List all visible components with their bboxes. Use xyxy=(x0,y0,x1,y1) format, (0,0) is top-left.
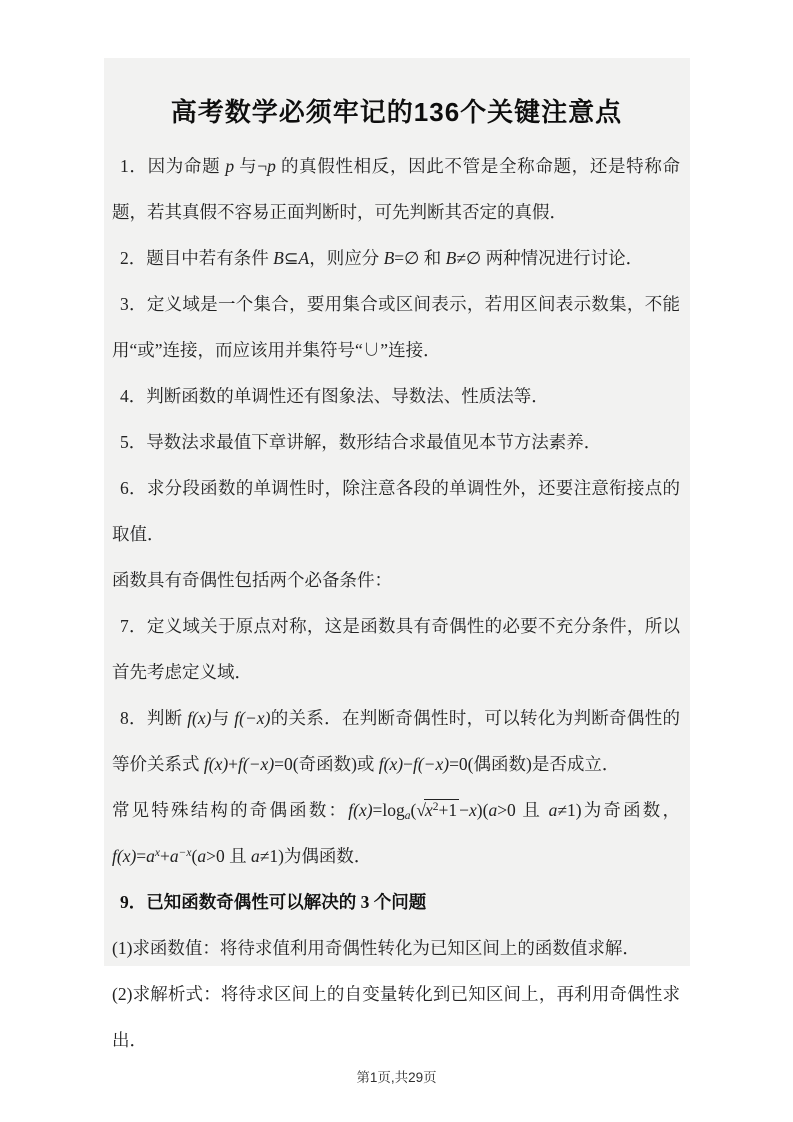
text-segment: =log xyxy=(373,800,405,820)
text-segment: a xyxy=(197,846,206,866)
text-segment: =0(偶函数)是否成立． xyxy=(449,754,619,774)
text-segment: 与 xyxy=(211,708,234,728)
body-paragraph: (2)求解析式：将待求区间上的自变量转化到已知区间上，再利用奇偶性求出． xyxy=(112,971,680,1063)
text-segment: a xyxy=(146,846,155,866)
body-paragraph: (1)求函数值：将待求值利用奇偶性转化为已知区间上的函数值求解． xyxy=(112,925,680,971)
body-paragraph: 2．题目中若有条件 B⊆A，则应分 B=∅ 和 B≠∅ 两种情况进行讨论． xyxy=(112,235,680,281)
text-segment: B xyxy=(446,248,457,268)
text-segment: (2)求解析式：将待求区间上的自变量转化到已知区间上，再利用奇偶性求出． xyxy=(112,984,680,1050)
text-segment: =0(奇函数)或 xyxy=(274,754,379,774)
text-segment: >0 且 xyxy=(206,846,251,866)
body-paragraph: 常见特殊结构的奇偶函数：f(x)=loga(√x2+1−x)(a>0 且 a≠1… xyxy=(112,787,680,879)
page-number-footer: 第1页,共29页 xyxy=(0,1066,793,1086)
body-paragraph: 5．导数法求最值下章讲解，数形结合求最值见本节方法素养． xyxy=(112,419,680,465)
text-segment: x xyxy=(425,800,433,820)
text-segment: )( xyxy=(477,800,489,820)
text-segment: x xyxy=(469,800,477,820)
text-segment: p xyxy=(267,156,276,176)
text-segment: 9．已知函数奇偶性可以解决的 3 个问题 xyxy=(120,892,426,912)
text-segment: + xyxy=(160,846,170,866)
body-paragraph: 4．判断函数的单调性还有图象法、导数法、性质法等． xyxy=(112,373,680,419)
text-segment: 3．定义域是一个集合，要用集合或区间表示，若用区间表示数集，不能用“或”连接，而… xyxy=(112,294,680,360)
document-body: 1．因为命题 p 与¬p 的真假性相反，因此不管是全称命题，还是特称命题，若其真… xyxy=(112,143,680,1063)
text-segment: a xyxy=(251,846,260,866)
text-segment: ≠1)为奇函数， xyxy=(557,800,680,820)
text-segment: 5．导数法求最值下章讲解，数形结合求最值见本节方法素养． xyxy=(120,432,601,452)
body-paragraph: 3．定义域是一个集合，要用集合或区间表示，若用区间表示数集，不能用“或”连接，而… xyxy=(112,281,680,373)
text-segment: + xyxy=(228,754,238,774)
text-segment: B xyxy=(384,248,395,268)
text-segment: x2+1 xyxy=(424,799,459,820)
text-segment: A xyxy=(299,248,310,268)
text-segment: −x xyxy=(179,847,192,859)
text-segment: − xyxy=(403,754,413,774)
text-segment: 4．判断函数的单调性还有图象法、导数法、性质法等． xyxy=(120,386,549,406)
text-segment: 2．题目中若有条件 xyxy=(120,248,273,268)
text-segment: 6．求分段函数的单调性时，除注意各段的单调性外，还要注意衔接点的取值． xyxy=(112,478,680,544)
text-segment: f(−x) xyxy=(238,754,274,774)
text-segment: =∅ 和 xyxy=(394,248,445,268)
text-segment: ≠∅ 两种情况进行讨论． xyxy=(456,248,643,268)
text-segment: 7．定义域关于原点对称，这是函数具有奇偶性的必要不充分条件，所以首先考虑定义域． xyxy=(112,616,680,682)
text-segment: p xyxy=(225,156,234,176)
text-segment: f(x) xyxy=(348,800,372,820)
text-segment: ，则应分 xyxy=(309,248,383,268)
body-paragraph: 8．判断 f(x)与 f(−x)的关系．在判断奇偶性时，可以转化为判断奇偶性的等… xyxy=(112,695,680,787)
text-segment: f(−x) xyxy=(413,754,449,774)
text-segment: B xyxy=(273,248,284,268)
body-paragraph: 6．求分段函数的单调性时，除注意各段的单调性外，还要注意衔接点的取值． xyxy=(112,465,680,557)
text-segment: f(x) xyxy=(187,708,211,728)
text-segment: 1．因为命题 xyxy=(120,156,225,176)
text-segment: a xyxy=(488,800,497,820)
text-segment: (1)求函数值：将待求值利用奇偶性转化为已知区间上的函数值求解． xyxy=(112,938,640,958)
text-segment: f(−x) xyxy=(234,708,270,728)
text-segment: = xyxy=(136,846,146,866)
text-segment: f(x) xyxy=(204,754,228,774)
body-paragraph: 1．因为命题 p 与¬p 的真假性相反，因此不管是全称命题，还是特称命题，若其真… xyxy=(112,143,680,235)
text-segment: f(x) xyxy=(379,754,403,774)
text-segment: f(x) xyxy=(112,846,136,866)
text-segment: 8．判断 xyxy=(120,708,187,728)
text-segment: 常见特殊结构的奇偶函数： xyxy=(112,800,348,820)
text-segment: − xyxy=(459,800,469,820)
text-segment: a xyxy=(170,846,179,866)
body-paragraph: 9．已知函数奇偶性可以解决的 3 个问题 xyxy=(112,879,680,925)
body-paragraph: 函数具有奇偶性包括两个必备条件： xyxy=(112,557,680,603)
text-segment: >0 且 xyxy=(497,800,548,820)
text-segment: ≠1)为偶函数． xyxy=(260,846,372,866)
body-paragraph: 7．定义域关于原点对称，这是函数具有奇偶性的必要不充分条件，所以首先考虑定义域． xyxy=(112,603,680,695)
text-segment: 函数具有奇偶性包括两个必备条件： xyxy=(112,570,392,590)
text-segment: +1 xyxy=(439,800,458,820)
text-segment: ⊆ xyxy=(284,248,299,268)
page-title: 高考数学必须牢记的136个关键注意点 xyxy=(0,92,793,129)
text-segment: 与¬ xyxy=(234,156,267,176)
